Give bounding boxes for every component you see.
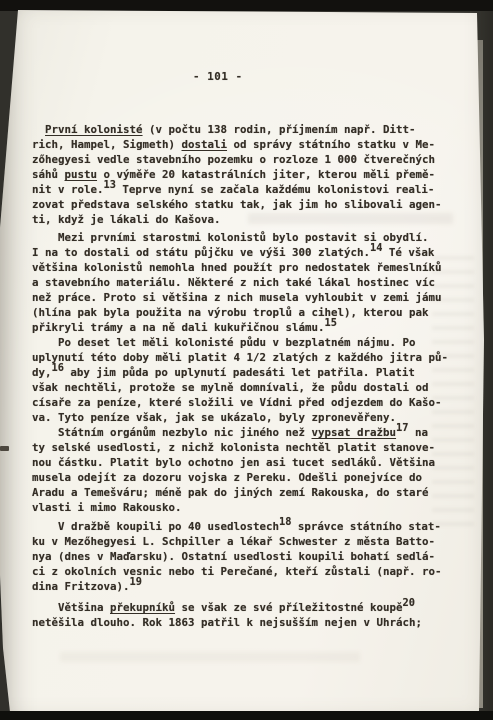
text-segment: ti, když je lákali do Kašova. xyxy=(32,213,221,226)
text-line: a stavebního materiálu. Některé z nich t… xyxy=(32,275,462,290)
text-segment: (v počtu 138 rodin, příjmením např. Ditt… xyxy=(143,123,416,136)
underlined-text: První kolonisté xyxy=(45,123,143,136)
text-line: vlasti i mimo Rakousko. xyxy=(32,500,462,515)
text-line: ti, když je lákali do Kašova. xyxy=(32,212,462,227)
underlined-text: překupníků xyxy=(110,601,175,614)
paragraph: Většina překupníků se však ze své přílež… xyxy=(32,600,462,630)
text-line: zovat představa selského statku tak, jak… xyxy=(32,197,462,212)
paragraph: Státním orgánům nezbylo nic jiného než v… xyxy=(32,425,462,515)
text-line: císaře za peníze, které složili ve Vídni… xyxy=(32,395,462,410)
text-segment: va. Tyto peníze však, jak se ukázalo, by… xyxy=(32,411,396,424)
text-segment: Teprve nyní se začala každému kolonistov… xyxy=(116,183,435,196)
text-line: ku v Mezőhegyesi L. Schpiller a lékař Sc… xyxy=(32,534,462,549)
text-line: (hlína pak byla použita na výrobu troplů… xyxy=(32,305,462,320)
text-line: nou částku. Platit bylo ochotno jen asi … xyxy=(32,455,462,470)
text-segment: vlasti i mimo Rakousko. xyxy=(32,501,182,514)
text-segment: o výměře 20 katastrálních jiter, kterou … xyxy=(97,168,435,181)
text-segment: od správy státního statku v Me- xyxy=(227,138,435,151)
text-line: nya (dnes v Maďarsku). Ostatní usedlosti… xyxy=(32,549,462,564)
text-line: Po deset let měli kolonisté půdu v bezpl… xyxy=(32,335,462,350)
text-line: dina Fritzova).19 xyxy=(32,579,462,594)
text-segment: I na to dostali od státu půjčku ve výši … xyxy=(32,246,370,259)
text-segment: ku v Mezőhegyesi L. Schpiller a lékař Sc… xyxy=(32,535,435,548)
text-segment: aby jim půda po uplynutí padesáti let pa… xyxy=(64,366,415,379)
text-line: sáhů pustu o výměře 20 katastrálních jit… xyxy=(32,167,462,182)
text-line: netěšila dlouho. Rok 1863 patřil k nejsu… xyxy=(32,615,462,630)
text-line: však nechtěli, protože se mylně domníval… xyxy=(32,380,462,395)
text-segment: ty selské usedlosti, z nichž kolonista n… xyxy=(32,441,435,454)
text-line: přikryli trámy a na ně dali kukuřičnou s… xyxy=(32,320,462,335)
text-segment: Většina xyxy=(32,601,110,614)
text-segment: však nechtěli, protože se mylně domníval… xyxy=(32,381,429,394)
text-segment: zőhegyesi vedle stavebního pozemku o roz… xyxy=(32,153,435,166)
text-segment xyxy=(32,123,45,136)
text-line: musela odejít za dozoru vojska z Pereku.… xyxy=(32,470,462,485)
text-segment: císaře za peníze, které složili ve Vídni… xyxy=(32,396,442,409)
paragraph: V dražbě koupili po 40 usedlostech18 spr… xyxy=(32,519,462,594)
text-segment: se však ze své příležitostné koupě xyxy=(175,601,403,614)
typewritten-text-layer: - 101 - První kolonisté (v počtu 138 rod… xyxy=(0,0,493,720)
text-line: rich, Hampel, Sigmeth) dostali od správy… xyxy=(32,137,462,152)
text-line: V dražbě koupili po 40 usedlostech18 spr… xyxy=(32,519,462,534)
text-segment: ci z okolních vesnic nebo ti Perečané, k… xyxy=(32,565,442,578)
text-segment: a stavebního materiálu. Některé z nich t… xyxy=(32,276,435,289)
text-segment: přikryli trámy a na ně dali kukuřičnou s… xyxy=(32,321,325,334)
paragraph: Mezi prvními starostmi kolonistů bylo po… xyxy=(32,230,462,335)
text-line: I na to dostali od státu půjčku ve výši … xyxy=(32,245,462,260)
footnote-ref: 18 xyxy=(279,516,291,528)
text-segment: netěšila dlouho. Rok 1863 patřil k nejsu… xyxy=(32,616,422,629)
text-segment: musela odejít za dozoru vojska z Pereku.… xyxy=(32,471,422,484)
footnote-ref: 17 xyxy=(396,422,408,434)
text-line: většina kolonistů nemohla hned použít pr… xyxy=(32,260,462,275)
text-segment: (hlína pak byla použita na výrobu troplů… xyxy=(32,306,429,319)
text-segment: Té však xyxy=(382,246,434,259)
text-segment: dy, xyxy=(32,366,52,379)
paragraph: Po deset let měli kolonisté půdu v bezpl… xyxy=(32,335,462,425)
text-line: než práce. Proto si většina z nich musel… xyxy=(32,290,462,305)
text-segment: nit v role. xyxy=(32,183,104,196)
footnote-ref: 16 xyxy=(52,362,64,374)
text-segment: většina kolonistů nemohla hned použít pr… xyxy=(32,261,442,274)
text-line: ci z okolních vesnic nebo ti Perečané, k… xyxy=(32,564,462,579)
footnote-ref: 20 xyxy=(403,597,415,609)
text-line: nit v role.13 Teprve nyní se začala každ… xyxy=(32,182,462,197)
footnote-ref: 15 xyxy=(325,317,337,329)
text-line: Mezi prvními starostmi kolonistů bylo po… xyxy=(32,230,462,245)
text-segment: nya (dnes v Maďarsku). Ostatní usedlosti… xyxy=(32,550,435,563)
text-line: Aradu a Temešváru; méně pak do jiných ze… xyxy=(32,485,462,500)
text-segment: Po deset let měli kolonisté půdu v bezpl… xyxy=(32,336,416,349)
text-segment: uplynutí této doby měli platit 4 1/2 zla… xyxy=(32,351,448,364)
text-line: Státním orgánům nezbylo nic jiného než v… xyxy=(32,425,462,440)
underlined-text: dostali xyxy=(182,138,228,151)
text-segment: zovat představa selského statku tak, jak… xyxy=(32,198,442,211)
text-segment: dina Fritzova). xyxy=(32,580,130,593)
page-number: - 101 - xyxy=(193,70,243,83)
text-line: První kolonisté (v počtu 138 rodin, příj… xyxy=(32,122,462,137)
underlined-text: vypsat dražbu xyxy=(312,426,397,439)
text-line: dy,16 aby jim půda po uplynutí padesáti … xyxy=(32,365,462,380)
text-segment: než práce. Proto si většina z nich musel… xyxy=(32,291,442,304)
text-line: Většina překupníků se však ze své přílež… xyxy=(32,600,462,615)
footnote-ref: 19 xyxy=(130,576,142,588)
text-line: ty selské usedlosti, z nichž kolonista n… xyxy=(32,440,462,455)
text-segment: rich, Hampel, Sigmeth) xyxy=(32,138,182,151)
text-segment: nou částku. Platit bylo ochotno jen asi … xyxy=(32,456,435,469)
text-segment: V dražbě koupili po 40 usedlostech xyxy=(32,520,279,533)
footnote-ref: 14 xyxy=(370,242,382,254)
text-line: uplynutí této doby měli platit 4 1/2 zla… xyxy=(32,350,462,365)
text-segment: sáhů xyxy=(32,168,65,181)
text-segment: Aradu a Temešváru; méně pak do jiných ze… xyxy=(32,486,429,499)
text-segment: Státním orgánům nezbylo nic jiného než xyxy=(32,426,312,439)
text-line: zőhegyesi vedle stavebního pozemku o roz… xyxy=(32,152,462,167)
text-segment: na xyxy=(408,426,428,439)
underlined-text: pustu xyxy=(65,168,98,181)
footnote-ref: 13 xyxy=(104,179,116,191)
text-segment: správce státního stat- xyxy=(291,520,441,533)
paragraph: První kolonisté (v počtu 138 rodin, příj… xyxy=(32,122,462,227)
